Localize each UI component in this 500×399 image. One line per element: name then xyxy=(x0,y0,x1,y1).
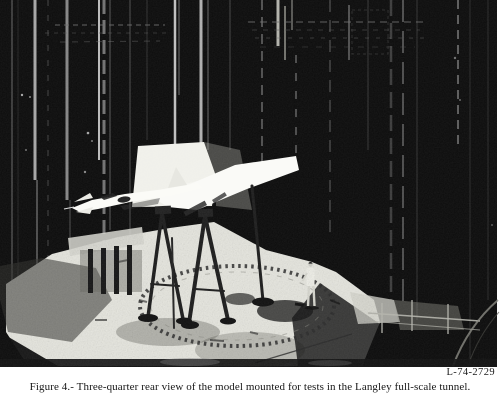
wind-tunnel-photograph xyxy=(0,0,500,367)
figure-caption: Figure 4.- Three-quarter rear view of th… xyxy=(0,381,500,394)
photo-id: L-74-2729 xyxy=(446,367,495,378)
document-page: L-74-2729 Figure 4.- Three-quarter rear … xyxy=(0,0,500,399)
film-grain xyxy=(0,0,497,367)
photo-canvas xyxy=(0,0,500,367)
